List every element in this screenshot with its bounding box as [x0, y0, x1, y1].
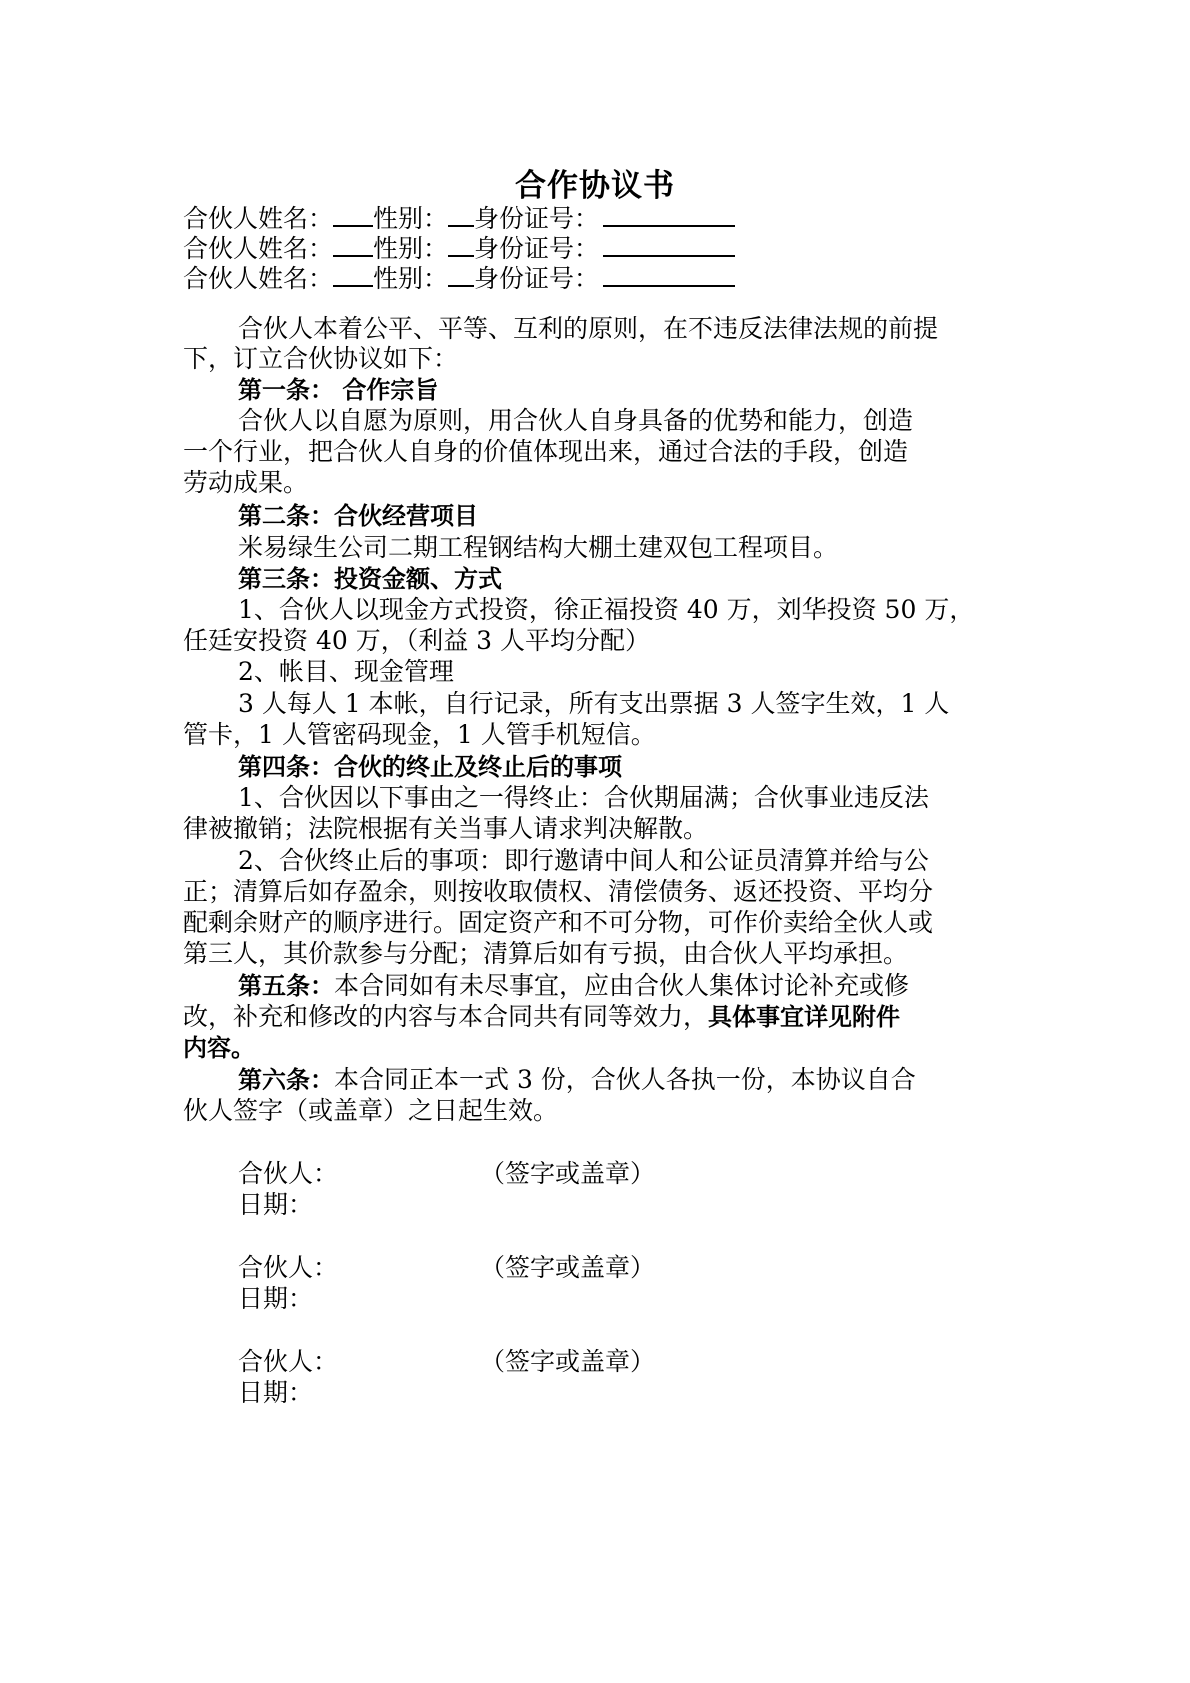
article-3-line-2: 任廷安投资 40 万，（利益 3 人平均分配）	[183, 625, 650, 657]
id-blank	[603, 233, 735, 257]
gender-blank	[448, 203, 474, 227]
id-blank	[603, 203, 735, 227]
article-4-line-2: 律被撤销；法院根据有关当事人请求判决解散。	[183, 813, 708, 845]
article-4-line-3: 2、合伙终止后的事项：即行邀请中间人和公证员清算并给与公	[238, 845, 929, 877]
article-4-line-6: 第三人，其价款参与分配；清算后如有亏损，由合伙人平均承担。	[183, 938, 908, 970]
id-label: 身份证号：	[474, 264, 599, 293]
article-1-line-3: 劳动成果。	[183, 467, 308, 499]
article-5-text-2: 改，补充和修改的内容与本合同共有同等效力，	[183, 1002, 708, 1031]
article-3-line-4: 3 人每人 1 本帐，自行记录，所有支出票据 3 人签字生效，1 人	[238, 688, 949, 720]
article-5-line-3: 内容。	[183, 1032, 255, 1064]
id-label: 身份证号：	[474, 234, 599, 263]
article-4-line-4: 正；清算后如存盈余，则按收取债权、清偿债务、返还投资、平均分	[183, 876, 933, 908]
article-5-line-2: 改，补充和修改的内容与本合同共有同等效力，具体事宜详见附件	[183, 1001, 900, 1033]
signature-3-date-label: 日期：	[238, 1377, 313, 1409]
article-3-line-5: 管卡，1 人管密码现金，1 人管手机短信。	[183, 719, 656, 751]
name-blank	[333, 233, 373, 257]
signature-2-partner-label: 合伙人：	[238, 1252, 338, 1284]
article-3-heading: 第三条：投资金额、方式	[238, 563, 502, 595]
document-title: 合作协议书	[0, 166, 1190, 206]
signature-2-date-label: 日期：	[238, 1283, 313, 1315]
name-label: 合伙人姓名：	[183, 264, 333, 293]
article-2-heading: 第二条：合伙经营项目	[238, 500, 478, 532]
article-4-line-1: 1、合伙因以下事由之一得终止：合伙期届满；合伙事业违反法	[238, 782, 929, 814]
name-blank	[333, 203, 373, 227]
gender-blank	[448, 263, 474, 287]
article-5-text-1: 本合同如有未尽事宜，应由合伙人集体讨论补充或修	[334, 971, 909, 1000]
article-5-heading: 第五条：	[238, 972, 334, 1000]
name-label: 合伙人姓名：	[183, 204, 333, 233]
article-6-line-2: 伙人签字（或盖章）之日起生效。	[183, 1095, 558, 1127]
partner-field-row-2: 合伙人姓名：性别：身份证号：	[183, 233, 735, 265]
article-5-line-1: 第五条：本合同如有未尽事宜，应由合伙人集体讨论补充或修	[238, 970, 909, 1002]
article-6-heading: 第六条：	[238, 1066, 334, 1094]
name-blank	[333, 263, 373, 287]
id-blank	[603, 263, 735, 287]
signature-3-note: （签字或盖章）	[480, 1346, 655, 1378]
article-1-heading: 第一条： 合作宗旨	[238, 374, 438, 406]
article-2-line-1: 米易绿生公司二期工程钢结构大棚土建双包工程项目。	[238, 532, 838, 564]
signature-1-date-label: 日期：	[238, 1189, 313, 1221]
article-4-line-5: 配剩余财产的顺序进行。固定资产和不可分物，可作价卖给全伙人或	[183, 907, 933, 939]
article-5-bold-text: 具体事宜详见附件	[708, 1003, 900, 1031]
article-6-line-1: 第六条：本合同正本一式 3 份，合伙人各执一份，本协议自合	[238, 1064, 916, 1096]
intro-line-2: 下，订立合伙协议如下：	[183, 343, 458, 375]
article-1-line-1: 合伙人以自愿为原则，用合伙人自身具备的优势和能力，创造	[238, 405, 913, 437]
signature-1-note: （签字或盖章）	[480, 1158, 655, 1190]
intro-line-1: 合伙人本着公平、平等、互利的原则，在不违反法律法规的前提	[238, 313, 938, 345]
article-6-text-1: 本合同正本一式 3 份，合伙人各执一份，本协议自合	[334, 1065, 916, 1094]
partner-field-row-3: 合伙人姓名：性别：身份证号：	[183, 263, 735, 295]
signature-2-note: （签字或盖章）	[480, 1252, 655, 1284]
name-label: 合伙人姓名：	[183, 234, 333, 263]
signature-1-partner-label: 合伙人：	[238, 1158, 338, 1190]
article-4-heading: 第四条：合伙的终止及终止后的事项	[238, 751, 622, 783]
gender-label: 性别：	[373, 264, 448, 293]
document-page: 合作协议书 合伙人姓名：性别：身份证号： 合伙人姓名：性别：身份证号： 合伙人姓…	[0, 0, 1190, 1683]
signature-3-partner-label: 合伙人：	[238, 1346, 338, 1378]
gender-label: 性别：	[373, 234, 448, 263]
article-1-line-2: 一个行业，把合伙人自身的价值体现出来，通过合法的手段，创造	[183, 436, 908, 468]
article-3-line-3: 2、帐目、现金管理	[238, 656, 454, 688]
id-label: 身份证号：	[474, 204, 599, 233]
article-3-line-1: 1、合伙人以现金方式投资，徐正福投资 40 万，刘华投资 50 万，	[238, 594, 974, 626]
partner-field-row-1: 合伙人姓名：性别：身份证号：	[183, 203, 735, 235]
gender-label: 性别：	[373, 204, 448, 233]
gender-blank	[448, 233, 474, 257]
